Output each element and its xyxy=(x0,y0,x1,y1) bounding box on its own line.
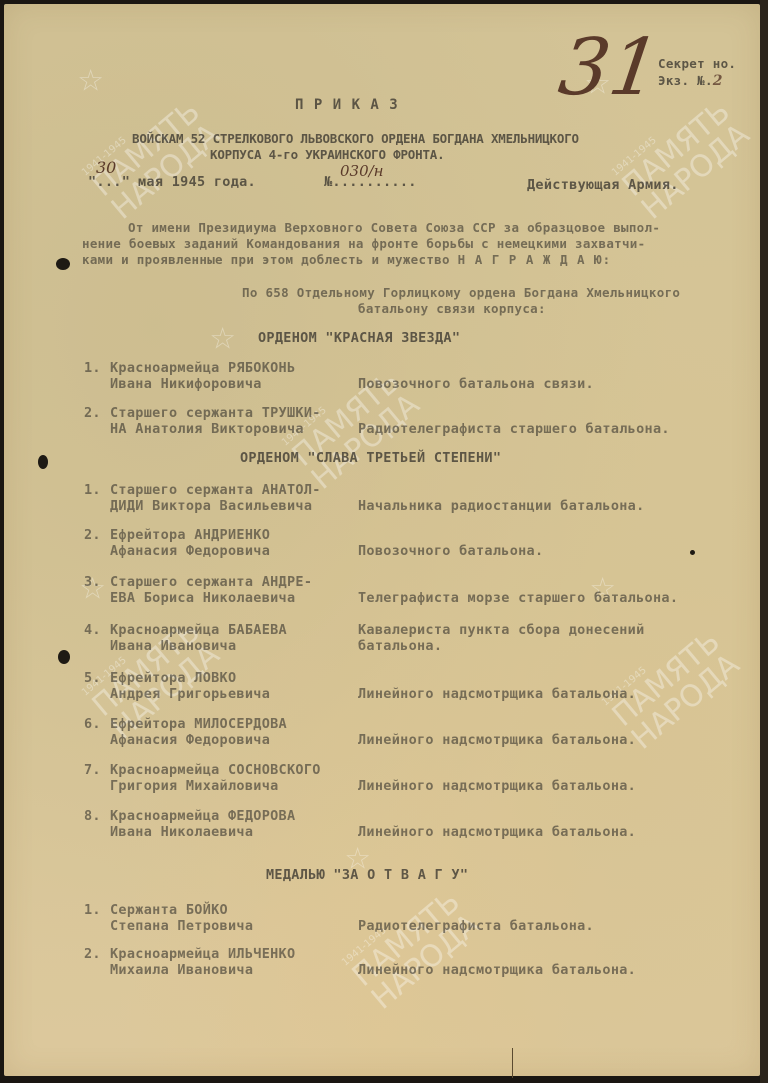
document-subtitle-line1: ВОЙСКАМ 52 СТРЕЛКОВОГО ЛЬВОВСКОГО ОРДЕНА… xyxy=(132,131,579,146)
unit-line1: По 658 Отдельному Горлицкому ордена Богд… xyxy=(242,285,680,300)
scan-border xyxy=(760,0,768,1083)
date-day-placeholder: "..." xyxy=(88,174,130,190)
document-subtitle-line2: КОРПУСА 4-го УКРАИНСКОГО ФРОНТА. xyxy=(210,147,444,162)
copy-label: Экз. №.2 xyxy=(658,73,723,89)
ink-spot xyxy=(56,258,70,270)
paper-crack xyxy=(512,1048,513,1078)
ink-dot xyxy=(690,550,695,555)
unit-line2: батальону связи корпуса: xyxy=(358,301,546,316)
order-number-handwritten: 030/н xyxy=(340,162,384,180)
handwritten-sheet-number: 31 xyxy=(554,28,665,108)
preamble-line2: нение боевых заданий Командования на фро… xyxy=(82,236,645,251)
section-heading-glory-3rd: ОРДЕНОМ "СЛАВА ТРЕТЬЕЙ СТЕПЕНИ" xyxy=(240,450,501,466)
ink-spot xyxy=(38,455,48,469)
document-title: П Р И К А З xyxy=(295,97,399,113)
location: Действующая Армия. xyxy=(527,177,679,193)
preamble-line3: ками и проявленные при этом доблесть и м… xyxy=(82,252,611,267)
ink-spot xyxy=(58,650,70,664)
preamble-line1: От имени Президиума Верховного Совета Со… xyxy=(128,220,660,235)
section-heading-red-star: ОРДЕНОМ "КРАСНАЯ ЗВЕЗДА" xyxy=(258,330,460,346)
secret-label: Секрет но. xyxy=(658,56,736,71)
section-heading-for-courage: МЕДАЛЬЮ "ЗА О Т В А Г У" xyxy=(266,867,468,883)
date-text: мая 1945 года. xyxy=(138,174,256,190)
